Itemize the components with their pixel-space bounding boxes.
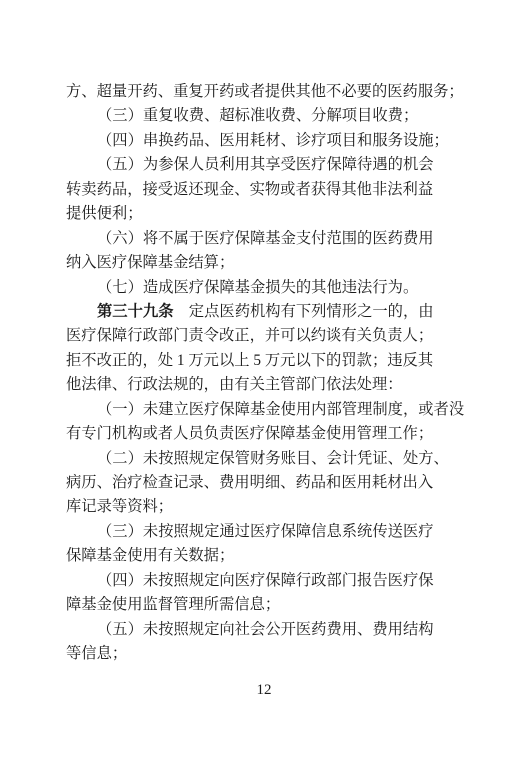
text-segment: （二）未按照规定保管财务账目、会计凭证、处方、 [97, 450, 449, 467]
text-line: 等信息； [66, 642, 466, 666]
text-segment: 保障基金使用有关数据； [66, 547, 234, 564]
text-segment: 提供便利； [66, 205, 143, 222]
text-line: （四）未按照规定向医疗保障行政部门报告医疗保 [66, 569, 466, 593]
text-line: 障基金使用监督管理所需信息； [66, 593, 466, 617]
article-heading-segment: 第三十九条 [97, 303, 174, 320]
text-line: 库记录等资料； [66, 495, 466, 519]
text-line: （二）未按照规定保管财务账目、会计凭证、处方、 [66, 447, 466, 471]
text-segment: （三）重复收费、超标准收费、分解项目收费； [97, 107, 418, 124]
text-segment: 病历、治疗检查记录、费用明细、药品和医用耗材出入 [66, 474, 433, 491]
text-line: （五）为参保人员利用其享受医疗保障待遇的机会 [66, 153, 466, 177]
text-line: （一）未建立医疗保障基金使用内部管理制度，或者没 [66, 398, 466, 422]
text-segment: （五）未按照规定向社会公开医药费用、费用结构 [97, 621, 434, 638]
text-segment: （七）造成医疗保障基金损失的其他违法行为。 [97, 279, 418, 296]
text-segment: （四）串换药品、医用耗材、诊疗项目和服务设施； [97, 132, 449, 149]
text-line: （四）串换药品、医用耗材、诊疗项目和服务设施； [66, 129, 466, 153]
text-segment: 纳入医疗保障基金结算； [66, 254, 234, 271]
text-segment: （四）未按照规定向医疗保障行政部门报告医疗保 [97, 572, 434, 589]
text-line: 病历、治疗检查记录、费用明细、药品和医用耗材出入 [66, 471, 466, 495]
text-segment: 有专门机构或者人员负责医疗保障基金使用管理工作； [66, 425, 433, 442]
text-line: 纳入医疗保障基金结算； [66, 251, 466, 275]
document-page: 方、超量开药、重复开药或者提供其他不必要的医药服务；（三）重复收费、超标准收费、… [0, 0, 528, 767]
text-segment: 方、超量开药、重复开药或者提供其他不必要的医药服务； [66, 83, 464, 100]
text-segment: （六）将不属于医疗保障基金支付范围的医药费用 [97, 230, 434, 247]
text-line: （三）未按照规定通过医疗保障信息系统传送医疗 [66, 520, 466, 544]
page-text: 方、超量开药、重复开药或者提供其他不必要的医药服务；（三）重复收费、超标准收费、… [66, 80, 466, 667]
text-line: （六）将不属于医疗保障基金支付范围的医药费用 [66, 227, 466, 251]
text-line: 转卖药品，接受返还现金、实物或者获得其他非法利益 [66, 178, 466, 202]
text-line: （三）重复收费、超标准收费、分解项目收费； [66, 104, 466, 128]
text-segment: （三）未按照规定通过医疗保障信息系统传送医疗 [97, 523, 434, 540]
text-segment: 障基金使用监督管理所需信息； [66, 596, 280, 613]
text-segment: 库记录等资料； [66, 498, 173, 515]
page-number: 12 [0, 682, 528, 699]
text-line: 提供便利； [66, 202, 466, 226]
text-line: 他法律、行政法规的，由有关主管部门依法处理： [66, 373, 466, 397]
text-segment: 他法律、行政法规的，由有关主管部门依法处理： [66, 376, 403, 393]
text-segment: 定点医药机构有下列情形之一的，由 [174, 303, 434, 320]
text-line: 医疗保障行政部门责令改正，并可以约谈有关负责人； [66, 324, 466, 348]
text-line: 保障基金使用有关数据； [66, 544, 466, 568]
text-line: 拒不改正的，处 1 万元以上 5 万元以下的罚款；违反其 [66, 349, 466, 373]
text-line: （七）造成医疗保障基金损失的其他违法行为。 [66, 276, 466, 300]
text-segment: 等信息； [66, 645, 127, 662]
text-line: 第三十九条 定点医药机构有下列情形之一的，由 [66, 300, 466, 324]
text-line: 方、超量开药、重复开药或者提供其他不必要的医药服务； [66, 80, 466, 104]
text-segment: 转卖药品，接受返还现金、实物或者获得其他非法利益 [66, 181, 433, 198]
text-line: （五）未按照规定向社会公开医药费用、费用结构 [66, 618, 466, 642]
text-line: 有专门机构或者人员负责医疗保障基金使用管理工作； [66, 422, 466, 446]
text-segment: 拒不改正的，处 1 万元以上 5 万元以下的罚款；违反其 [66, 352, 433, 369]
text-segment: （一）未建立医疗保障基金使用内部管理制度，或者没 [97, 401, 464, 418]
text-segment: 医疗保障行政部门责令改正，并可以约谈有关负责人； [66, 327, 433, 344]
text-segment: （五）为参保人员利用其享受医疗保障待遇的机会 [97, 156, 434, 173]
